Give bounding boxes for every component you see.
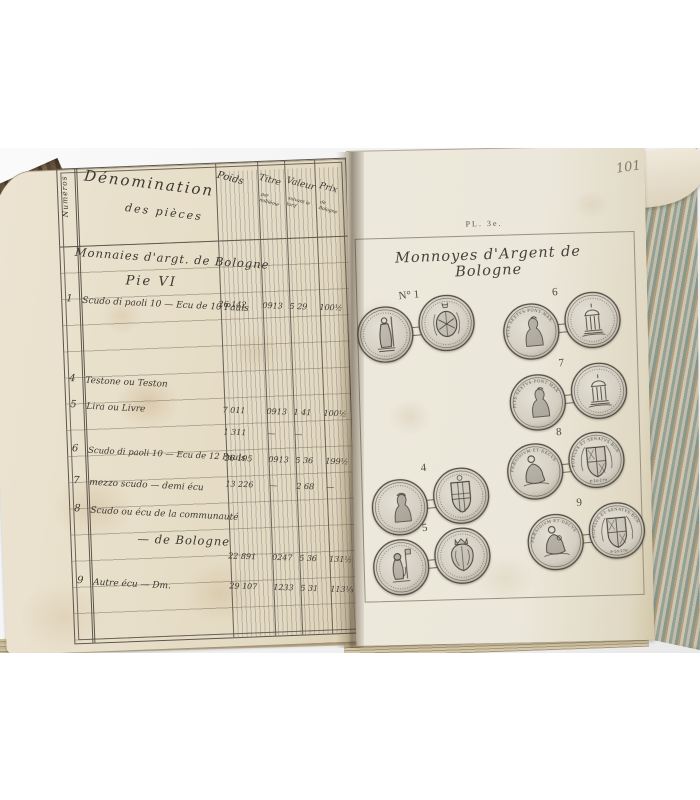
row-number: 4 — [69, 373, 76, 384]
row-number: 1 — [66, 293, 73, 304]
column-header-denomination-sub: des pièces — [124, 201, 203, 223]
value-valeur: 2 68 — [296, 482, 326, 492]
value-poids: 13 226 — [225, 479, 269, 489]
row-number: 6 — [72, 443, 79, 454]
value-valeur: 5 36 — [299, 554, 329, 564]
value-titre: 0913 — [268, 455, 295, 465]
column-header-denomination: Dénomination — [83, 167, 215, 200]
value-valeur: 5 29 — [289, 302, 319, 312]
value-valeur: 5 31 — [300, 584, 330, 594]
left-manuscript-page: Numéros Dénomination des pièces Poids Ti… — [0, 158, 381, 653]
coin-lion-icon — [370, 536, 433, 599]
value-poids: 7 011 — [222, 406, 266, 416]
group-subheading: Pie VI — [125, 273, 177, 290]
coin-crowned-arms-icon — [431, 524, 494, 587]
coin-madonna-icon: PRÆSIDIVM·ET·DECVS· — [504, 440, 567, 503]
value-titre: 0913 — [262, 301, 289, 311]
screenshot-canvas: Numéros Dénomination des pièces Poids Ti… — [0, 0, 700, 800]
row-number: 5 — [70, 399, 77, 410]
coin-pope-bust-icon: PIVS·SEXTVS·PONT·MAX· — [500, 300, 563, 363]
coin-pair-8: 8 PRÆSIDIVM·ET·DECVS· — [502, 420, 634, 505]
value-titre: 1233 — [273, 583, 300, 593]
coin-pair-1: N° 1 — [353, 283, 485, 368]
value-valeur: 5 36 — [295, 456, 325, 466]
value-titre: — — [267, 429, 294, 439]
value-poids: 22 891 — [228, 551, 272, 561]
coin-pope-bust-icon: PIVS·SEXTVS·PONT·MAX· — [506, 371, 569, 434]
section-heading-de-bologne: — de Bologne — [137, 532, 230, 549]
row-number: 9 — [77, 575, 84, 586]
book-photograph: Numéros Dénomination des pièces Poids Ti… — [0, 148, 700, 653]
value-poids: 29 107 — [229, 581, 273, 591]
row-number: 7 — [73, 475, 80, 486]
coin-pair-9: 9 PRÆSIDIVM·ET·DECVS· — [523, 490, 655, 575]
value-valeur: 1 41 — [293, 408, 323, 418]
value-poids: 26 105 — [224, 454, 268, 464]
row-number: 8 — [74, 503, 81, 514]
coin-quartered-shield-icon: POPVLVS·ET·SENATVS·BON· P·10·179 — [585, 499, 648, 562]
coin-temple-icon — [568, 359, 631, 422]
value-titre: 0913 — [266, 407, 293, 417]
book-gutter-shadow — [336, 152, 364, 648]
value-poids: 26 142 — [218, 300, 262, 310]
plate-number-label: PL. 3e. — [465, 219, 502, 229]
coin-quartered-shield-icon: POPVLVS·ET·SENATVS·BON· P·10·179 — [565, 428, 628, 491]
value-poids: 1 311 — [223, 428, 267, 438]
right-plate-page: PL. 3e. Monnoyes d'Argent de Bologne N° … — [346, 148, 654, 646]
value-titre: — — [269, 481, 296, 491]
coin-madonna-child-icon: PRÆSIDIVM·ET·DECVS· — [524, 511, 587, 574]
coin-papal-arms-icon — [415, 291, 478, 354]
value-valeur: — — [294, 430, 324, 440]
coin-temple-icon — [561, 288, 624, 351]
column-header-numeros: Numéros — [59, 175, 70, 217]
ledger-table: Numéros Dénomination des pièces Poids Ti… — [56, 158, 364, 645]
value-titre: 0247 — [272, 553, 299, 563]
coin-pair-5: 5 — [368, 516, 500, 601]
